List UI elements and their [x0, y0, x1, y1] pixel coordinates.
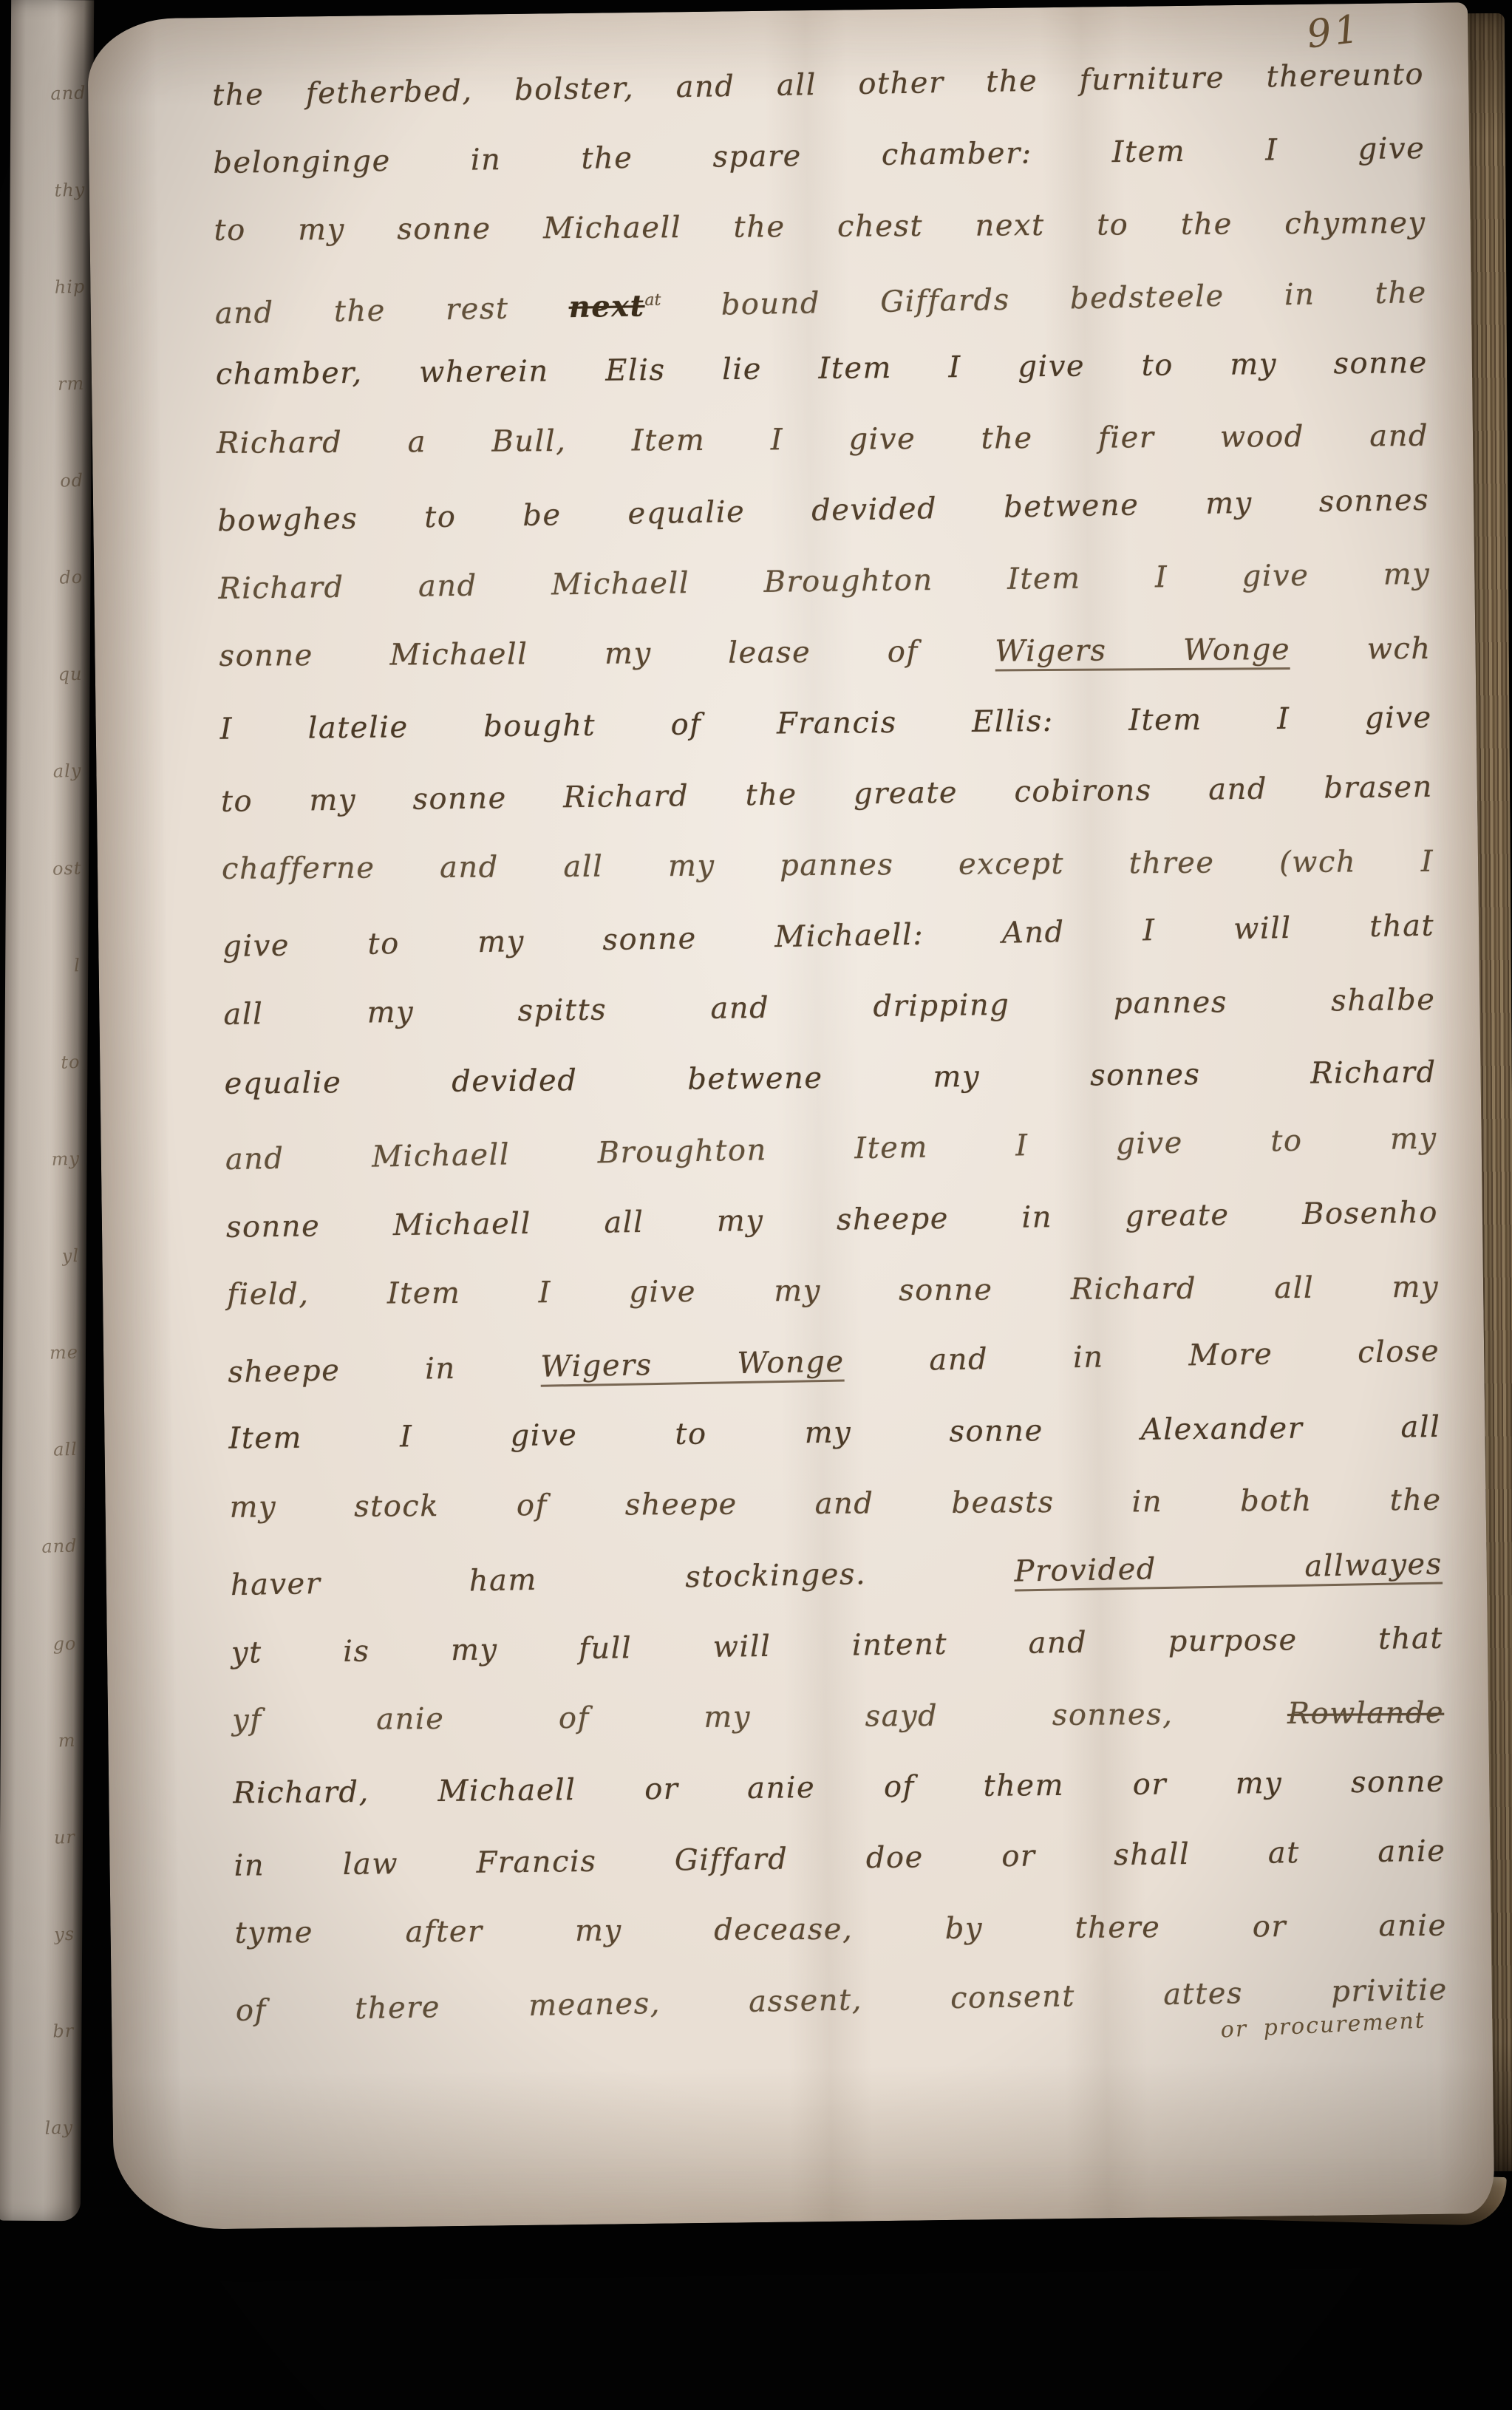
margin-fragment: my: [51, 1148, 80, 1170]
manuscript-line: to my sonne Richard the greate cobirons …: [220, 755, 1433, 841]
margin-fragment: ys: [54, 1924, 75, 1945]
line-segment: to my sonne Richard the greate cobirons …: [221, 770, 1433, 819]
margin-fragment: all: [53, 1439, 78, 1460]
line-segment: sonne Michaell all my sheepe in greate B…: [226, 1196, 1438, 1245]
manuscript-line: Richard, Michaell or anie of them or my …: [233, 1750, 1445, 1833]
line-segment: haver ham stockinges.: [230, 1555, 1014, 1603]
margin-fragment: lay: [45, 2117, 74, 2139]
margin-fragment: to: [61, 1052, 81, 1073]
line-segment: my stock of sheepe and beasts in both th…: [230, 1483, 1442, 1525]
margin-fragment: rm: [57, 373, 84, 395]
margin-fragment: thy: [55, 179, 86, 200]
line-segment: sheepe in: [228, 1350, 541, 1389]
line-segment: the fetherbed, bolster, and all other th…: [212, 58, 1425, 113]
line-segment: Richard and Michaell Broughton Item I gi…: [218, 557, 1430, 606]
margin-fragment: and: [41, 1536, 78, 1557]
line-segment: tyme after my decease, by there or anie: [235, 1909, 1447, 1950]
margin-fragment: do: [59, 567, 84, 588]
margin-fragment: od: [60, 470, 84, 491]
margin-fragment: yl: [61, 1245, 79, 1267]
line-segment: belonginge in the spare chamber: Item I …: [213, 132, 1425, 180]
facing-page-edge: andthyhiprmoddoqualyostltomyylmeallandgo…: [0, 0, 94, 2221]
line-segment: bowghes to be equalie devided betwene my…: [217, 483, 1430, 539]
line-segment: Item I give to my sonne Alexander all: [228, 1410, 1440, 1456]
margin-fragment: qu: [58, 664, 83, 685]
margin-fragment: br: [52, 2021, 75, 2042]
margin-fragment: hip: [54, 276, 85, 297]
line-segment: yt is my full will intent and purpose th…: [231, 1621, 1443, 1670]
margin-fragment: me: [50, 1342, 79, 1364]
manuscript-page: 91 the fetherbed, bolster, and all other…: [87, 2, 1494, 2230]
line-segment: Richard, Michaell or anie of them or my …: [233, 1765, 1445, 1811]
margin-fragment: l: [74, 955, 81, 976]
line-segment: Rowlande: [1287, 1696, 1444, 1731]
margin-fragment: and: [50, 82, 86, 103]
margin-fragment: aly: [53, 760, 82, 782]
margin-fragment: ur: [54, 1827, 76, 1848]
line-segment: chamber, wherein Elis lie Item I give to…: [216, 346, 1428, 392]
manuscript-text-block: the fetherbed, bolster, and all other th…: [212, 46, 1448, 2069]
line-segment: yf anie of my sayd sonnes,: [232, 1697, 1287, 1737]
photograph-background: { "page": { "number": "91", "catchword":…: [0, 0, 1512, 2410]
line-segment: all my spitts and dripping pannes shalbe: [223, 983, 1435, 1032]
manuscript-line: chamber, wherein Elis lie Item I give to…: [215, 331, 1428, 414]
line-segment: and Michaell Broughton Item I give to my: [225, 1122, 1437, 1177]
line-segment: field, Item I give my sonne Richard all …: [227, 1270, 1439, 1312]
manuscript-line: Item I give to my sonne Alexander all: [228, 1395, 1441, 1478]
line-segment: and the rest: [215, 290, 570, 330]
line-segment: give to my sonne Michaell: And I will th…: [222, 909, 1435, 964]
manuscript-line: I latelie bought of Francis Ellis: Item …: [219, 686, 1432, 769]
manuscript-line: sonne Michaell my lease of Wigers Wonge …: [219, 617, 1431, 695]
line-segment: and in More close: [844, 1334, 1440, 1378]
line-segment: Wigers Wonge: [540, 1345, 845, 1387]
line-segment: sonne Michaell my lease of: [219, 634, 995, 673]
line-segment: chafferne and all my pannes except three…: [222, 845, 1434, 886]
line-segment: next: [568, 288, 645, 324]
margin-fragment: go: [52, 1633, 77, 1654]
line-segment: bound Giffards bedsteele in the: [661, 276, 1427, 323]
margin-fragment: m: [58, 1730, 77, 1752]
line-segment: Wigers Wonge: [995, 633, 1290, 671]
line-segment: equalie devided betwene my sonnes Richar…: [224, 1055, 1436, 1101]
line-segment: in law Francis Giffard doe or shall at a…: [234, 1834, 1445, 1883]
line-segment: at: [644, 291, 661, 310]
manuscript-line: in law Francis Giffard doe or shall at a…: [234, 1820, 1446, 1905]
line-segment: wch: [1290, 632, 1431, 667]
line-segment: to my sonne Michaell the chest next to t…: [214, 206, 1426, 248]
manuscript-line: yf anie of my sayd sonnes, Rowlande: [232, 1681, 1445, 1760]
line-segment: I latelie bought of Francis Ellis: Item …: [220, 701, 1432, 746]
line-segment: Richard a Bull, Item I give the fier woo…: [217, 419, 1428, 460]
margin-fragment: ost: [52, 857, 81, 879]
line-segment: Provided allwayes: [1014, 1547, 1443, 1591]
